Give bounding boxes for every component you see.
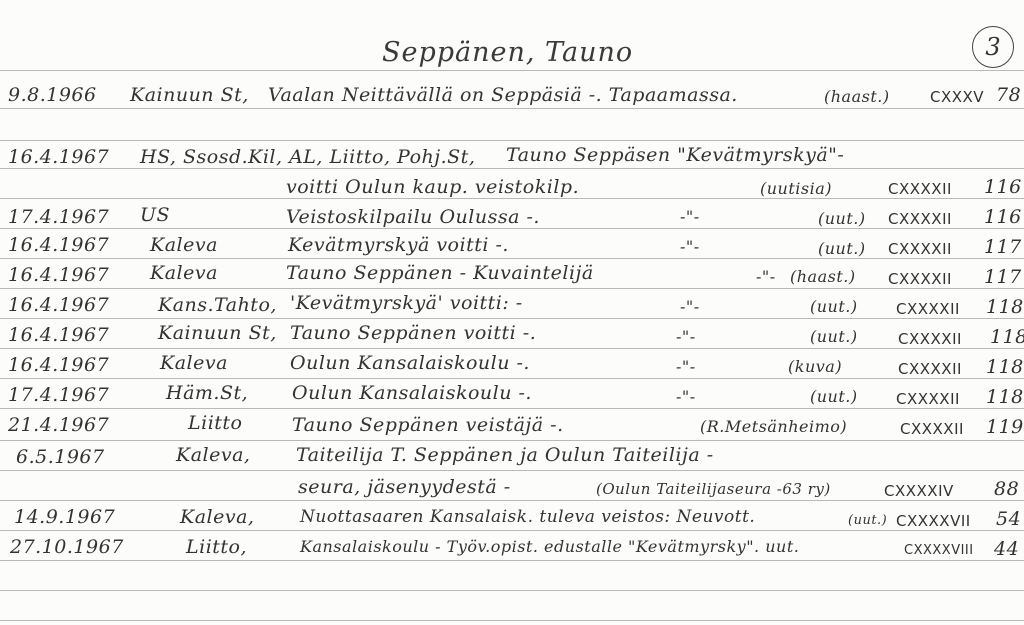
entry-note: (haast.) bbox=[790, 266, 856, 288]
entry-page: 44 bbox=[994, 538, 1019, 560]
entry-page: 117 bbox=[984, 266, 1022, 288]
entry-text: voitti Oulun kaup. veistokilp. bbox=[286, 176, 579, 198]
ruled-line bbox=[0, 318, 1024, 319]
entry-date: 17.4.1967 bbox=[8, 384, 109, 406]
entry-text: 'Kevätmyrskyä' voitti: - bbox=[290, 292, 523, 314]
entry-volume: CXXXXVII bbox=[896, 510, 971, 532]
entry-text: Tauno Seppänen veistäjä -. bbox=[292, 414, 564, 436]
entry-text: Taiteilija T. Seppänen ja Oulun Taiteili… bbox=[296, 444, 714, 466]
entry-page: 88 bbox=[994, 478, 1019, 500]
entry-ditto-mark: -"- bbox=[680, 296, 700, 318]
entry-note: (haast.) bbox=[824, 86, 890, 108]
entry-note: (uut.) bbox=[818, 238, 866, 260]
ruled-line bbox=[0, 408, 1024, 409]
entry-text: Tauno Seppäsen "Kevätmyrskyä"- bbox=[506, 144, 844, 166]
ruled-line bbox=[0, 348, 1024, 349]
entry-source: Kaleva bbox=[150, 262, 218, 284]
entry-source: HS, Ssosd.Kil, AL, Liitto, Pohj.St, bbox=[140, 146, 475, 168]
entry-volume: CXXXXII bbox=[896, 298, 960, 320]
entry-source: Kainuun St, bbox=[130, 84, 249, 106]
entry-date: 16.4.1967 bbox=[8, 294, 109, 316]
entry-volume: CXXXV bbox=[930, 86, 984, 108]
entry-source: Kainuun St, bbox=[158, 322, 277, 344]
entry-source: Kaleva bbox=[160, 352, 228, 374]
entry-note: (uut.) bbox=[848, 510, 887, 532]
entry-text: Veistoskilpailu Oulussa -. bbox=[286, 206, 540, 228]
entry-text: Kansalaiskoulu - Työv.opist. edustalle "… bbox=[300, 536, 799, 558]
entry-text: Tauno Seppänen voitti -. bbox=[290, 322, 536, 344]
entry-text: Kevätmyrskyä voitti -. bbox=[288, 234, 509, 256]
entry-ditto-mark: -"- bbox=[756, 266, 776, 288]
entry-volume: CXXXXVIII bbox=[904, 540, 974, 562]
entry-date: 6.5.1967 bbox=[16, 446, 105, 468]
entry-page: 118 bbox=[986, 296, 1024, 318]
ruled-line bbox=[0, 590, 1024, 591]
ruled-line bbox=[0, 440, 1024, 441]
ruled-line bbox=[0, 258, 1024, 259]
entry-page: 116 bbox=[984, 176, 1022, 198]
entry-source: Kaleva, bbox=[180, 506, 254, 528]
entry-volume: CXXXXII bbox=[900, 418, 964, 440]
entry-source: Kaleva, bbox=[176, 444, 250, 466]
entry-note: (kuva) bbox=[788, 356, 842, 378]
ruled-line bbox=[0, 140, 1024, 141]
entry-volume: CXXXXII bbox=[888, 238, 952, 260]
index-card: Seppänen, Tauno 3 9.8.1966 Kainuun St, V… bbox=[0, 0, 1024, 625]
entry-volume: CXXXXII bbox=[898, 328, 962, 350]
entry-page: 117 bbox=[984, 236, 1022, 258]
entry-source: Kans.Tahto, bbox=[158, 294, 277, 316]
entry-page: 118 bbox=[986, 386, 1024, 408]
entry-volume: CXXXXII bbox=[888, 178, 952, 200]
entry-text: Oulun Kansalaiskoulu -. bbox=[292, 382, 532, 404]
entry-page: 119- bbox=[986, 416, 1024, 438]
entry-ditto-mark: -"- bbox=[680, 236, 700, 258]
card-title: Seppänen, Tauno bbox=[382, 38, 633, 68]
entry-page: 78 bbox=[996, 84, 1021, 106]
card-number-circle: 3 bbox=[972, 26, 1014, 68]
entry-volume: CXXXXII bbox=[898, 358, 962, 380]
entry-text: seura, jäsenyydestä - bbox=[298, 476, 511, 498]
entry-source: Liitto bbox=[188, 412, 242, 434]
entry-page: 118 bbox=[990, 326, 1024, 348]
entry-volume: CXXXXII bbox=[896, 388, 960, 410]
ruled-line bbox=[0, 620, 1024, 621]
entry-note: (R.Metsänheimo) bbox=[700, 416, 847, 438]
entry-volume: CXXXXII bbox=[888, 208, 952, 230]
entry-date: 16.4.1967 bbox=[8, 234, 109, 256]
entry-ditto-mark: -"- bbox=[676, 356, 696, 378]
entry-source: Kaleva bbox=[150, 234, 218, 256]
entry-ditto-mark: -"- bbox=[676, 326, 696, 348]
ruled-line bbox=[0, 108, 1024, 109]
entry-date: 16.4.1967 bbox=[8, 354, 109, 376]
entry-date: 14.9.1967 bbox=[14, 506, 115, 528]
entry-text: Oulun Kansalaiskoulu -. bbox=[290, 352, 530, 374]
entry-ditto-mark: -"- bbox=[676, 386, 696, 408]
ruled-line bbox=[0, 198, 1024, 199]
entry-text: Vaalan Neittävällä on Seppäsiä -. Tapaam… bbox=[268, 84, 738, 106]
entry-source: Häm.St, bbox=[166, 382, 248, 404]
entry-note: (uut.) bbox=[810, 326, 858, 348]
ruled-line bbox=[0, 168, 1024, 169]
ruled-line bbox=[0, 228, 1024, 229]
entry-note: (uutisia) bbox=[760, 178, 832, 200]
ruled-line bbox=[0, 70, 1024, 71]
entry-date: 21.4.1967 bbox=[8, 414, 109, 436]
entry-ditto-mark: -"- bbox=[680, 206, 700, 228]
entry-note: (uut.) bbox=[818, 208, 866, 230]
entry-text: Tauno Seppänen - Kuvaintelijä bbox=[286, 262, 594, 284]
entry-note: (uut.) bbox=[810, 386, 858, 408]
entry-date: 16.4.1967 bbox=[8, 264, 109, 286]
entry-text: Nuottasaaren Kansalaisk. tuleva veistos:… bbox=[300, 506, 755, 528]
entry-date: 9.8.1966 bbox=[8, 84, 97, 106]
ruled-line bbox=[0, 378, 1024, 379]
entry-source: Liitto, bbox=[186, 536, 247, 558]
entry-note: (Oulun Taiteilijaseura -63 ry) bbox=[596, 478, 831, 500]
entry-page: 54 bbox=[996, 508, 1021, 530]
entry-volume: CXXXXIV bbox=[884, 480, 954, 502]
entry-date: 16.4.1967 bbox=[8, 324, 109, 346]
entry-date: 17.4.1967 bbox=[8, 206, 109, 228]
ruled-line bbox=[0, 470, 1024, 471]
entry-page: 116 bbox=[984, 206, 1022, 228]
ruled-line bbox=[0, 500, 1024, 501]
ruled-line bbox=[0, 288, 1024, 289]
entry-date: 16.4.1967 bbox=[8, 146, 109, 168]
ruled-line bbox=[0, 560, 1024, 561]
entry-page: 118 bbox=[986, 356, 1024, 378]
entry-date: 27.10.1967 bbox=[10, 536, 124, 558]
entry-source: US bbox=[140, 204, 170, 226]
entry-note: (uut.) bbox=[810, 296, 858, 318]
entry-volume: CXXXXII bbox=[888, 268, 952, 290]
